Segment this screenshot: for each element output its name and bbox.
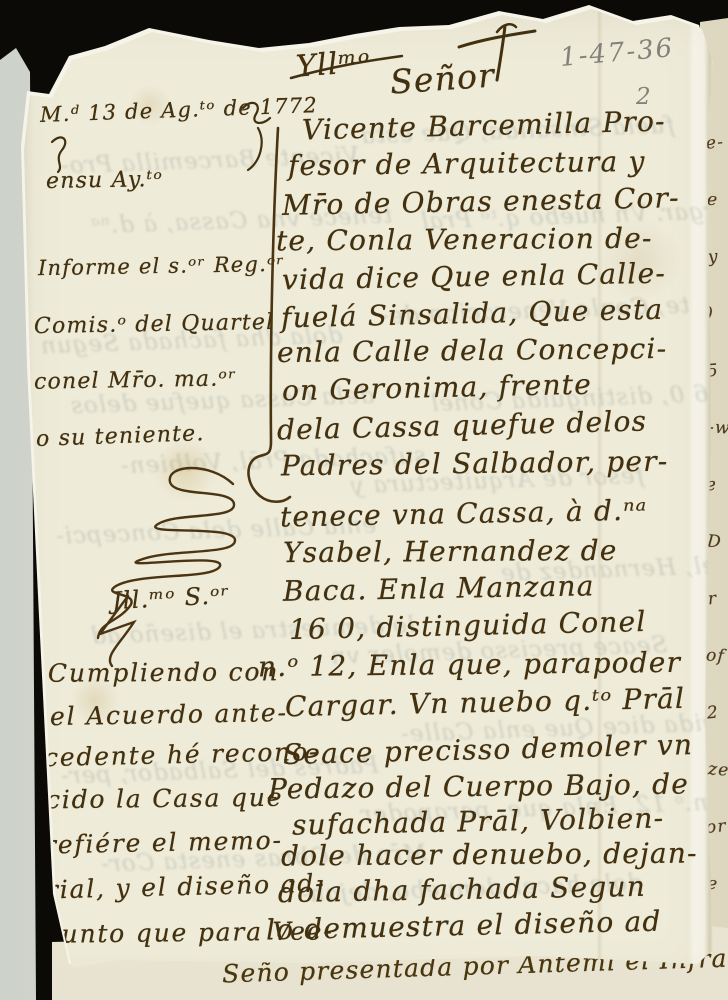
edge-fragment: 2 bbox=[706, 705, 719, 723]
body-line: on Geronima, frente bbox=[282, 371, 593, 405]
body-line: te, Conla Veneracion de- bbox=[276, 225, 653, 256]
margin-note: M.ᵈ 13 de Ag.ᵗᵒ de 1772 bbox=[40, 95, 319, 126]
body-line: dela Cassa quefue delos bbox=[277, 407, 648, 444]
margin-note: ensu Ay.ᵗᵒ bbox=[46, 169, 163, 193]
body-line: tenece vna Cassa, à d.ⁿᵃ bbox=[280, 496, 648, 531]
body-line: Pedazo del Cuerpo Bajo, de bbox=[268, 770, 689, 803]
margin-report-line: Cumpliendo con bbox=[48, 659, 279, 686]
manuscript-page: Vicente Barcemilla Pro-fuelá Sinsalida, … bbox=[0, 0, 728, 1000]
margin-report-line: refiére el memo- bbox=[44, 828, 283, 858]
body-line: enla Calle dela Concepci- bbox=[277, 335, 668, 367]
edge-fragment: e bbox=[706, 192, 718, 210]
body-line: vida dice Que enla Calle- bbox=[282, 260, 666, 295]
margin-report-line: cido la Casa que bbox=[46, 785, 284, 812]
edge-fragment: r bbox=[707, 591, 718, 609]
edge-fragment: y bbox=[707, 249, 719, 267]
invocation-word: Señor bbox=[389, 58, 496, 98]
manuscript-scan: e-ey)5-weDrof2zeorex Seño presentada por… bbox=[0, 0, 728, 1000]
margin-note: Informe el s.ᵒʳ Reg.ᵒʳ bbox=[38, 254, 285, 279]
body-line: Seace precisso demoler vn bbox=[283, 731, 694, 769]
margin-note: Comis.ᵒ del Quartel bbox=[34, 312, 275, 338]
body-line: dole hacer denuebo, dejan- bbox=[281, 840, 698, 871]
margin-report-line: el Acuerdo ante- bbox=[50, 700, 288, 729]
body-line: sufachada Prāl, Volbien- bbox=[292, 804, 665, 839]
invocation-abbrev: Yllᵐᵒ bbox=[295, 47, 372, 82]
margin-note: o su teniente. bbox=[36, 423, 205, 451]
edge-fragment: D bbox=[706, 534, 722, 552]
archive-number: 1-47-36 bbox=[559, 35, 675, 71]
body-line: Baca. Enla Manzana bbox=[283, 572, 595, 605]
body-line: n.ᵒ 12, Enla que, parapoder bbox=[258, 649, 681, 681]
body-line: fesor de Arquitectura y bbox=[288, 148, 646, 180]
edge-fragment: ze bbox=[707, 761, 728, 779]
body-line: fuelá Sinsalida, Que esta bbox=[281, 296, 664, 333]
edge-fragment: of bbox=[705, 647, 725, 665]
body-line: Padres del Salbador, per- bbox=[281, 448, 669, 481]
margin-note: conel Mr̄o. ma.ᵒʳ bbox=[34, 368, 237, 394]
body-line: 16 0, distinguida Conel bbox=[289, 608, 647, 644]
body-line: lo demuestra el diseño ad bbox=[266, 908, 662, 945]
body-line: Mr̄o de Obras enesta Cor- bbox=[282, 184, 680, 220]
body-line: Ysabel, Hernandez de bbox=[283, 537, 618, 567]
margin-heading: Jll.ᵐᵒ S.ᵒʳ bbox=[111, 583, 230, 613]
body-line: Cargar. Vn nuebo q.ᵗᵒ Prāl bbox=[285, 685, 686, 721]
body-line: dola dha fachada Segun bbox=[278, 873, 646, 907]
margin-report-line: cedente hé recono- bbox=[44, 739, 320, 770]
edge-fragment: e- bbox=[705, 134, 725, 153]
